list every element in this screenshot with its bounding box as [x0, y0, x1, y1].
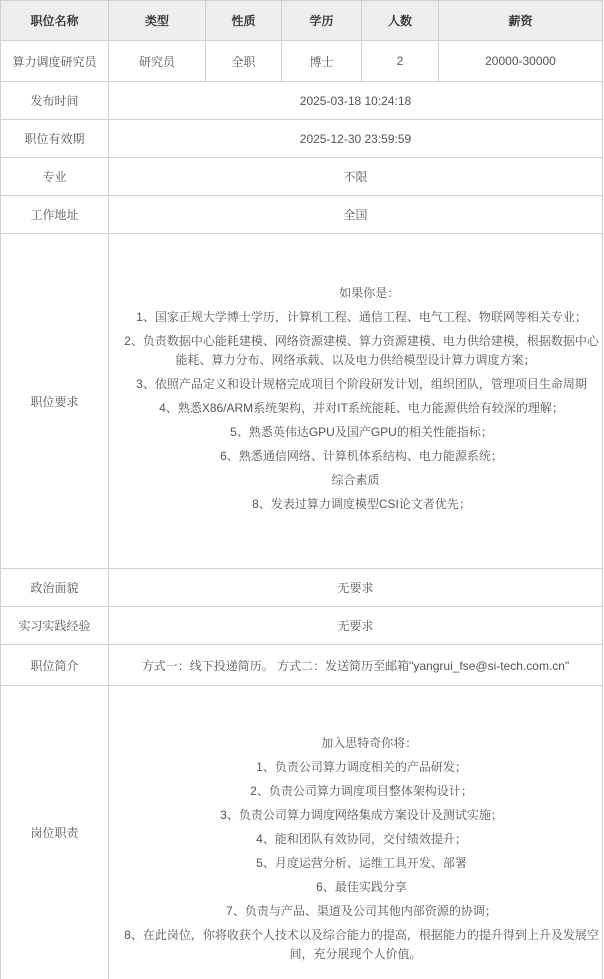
- header-cell-nature: 性质: [206, 1, 282, 41]
- requirements-item: 4、熟悉X86/ARM系统架构，并对IT系统能耗、电力能源供给有较深的理解；: [109, 399, 602, 418]
- major-label: 专业: [1, 158, 109, 196]
- valid-until-label: 职位有效期: [1, 120, 109, 158]
- job-intro-label: 职位简介: [1, 645, 109, 686]
- requirements-item: 5、熟悉英伟达GPU及国产GPU的相关性能指标；: [109, 423, 602, 442]
- job-intro-value: 方式一：线下投递简历。 方式二：发送简历至邮箱"yangrui_fse@si-t…: [109, 645, 603, 686]
- duties-item: 7、负责与产品、渠道及公司其他内部资源的协调；: [109, 902, 602, 921]
- requirements-item: 1、国家正规大学博士学历，计算机工程、通信工程、电气工程、物联网等相关专业；: [109, 308, 602, 327]
- header-cell-position-name: 职位名称: [1, 1, 109, 41]
- work-location-label: 工作地址: [1, 196, 109, 234]
- job-nature-cell: 全职: [206, 41, 282, 82]
- job-salary-cell: 20000-30000: [439, 41, 603, 82]
- job-type-cell: 研究员: [109, 41, 206, 82]
- major-value: 不限: [109, 158, 603, 196]
- internship-experience-row: 实习实践经验 无要求: [1, 607, 603, 645]
- requirements-content: 如果你是： 1、国家正规大学博士学历，计算机工程、通信工程、电气工程、物联网等相…: [109, 234, 603, 569]
- job-headcount-cell: 2: [362, 41, 439, 82]
- duties-label: 岗位职责: [1, 686, 109, 979]
- requirements-label: 职位要求: [1, 234, 109, 569]
- job-education-cell: 博士: [282, 41, 362, 82]
- header-cell-salary: 薪资: [439, 1, 603, 41]
- publish-time-value: 2025-03-18 10:24:18: [109, 82, 603, 120]
- requirements-row: 职位要求 如果你是： 1、国家正规大学博士学历，计算机工程、通信工程、电气工程、…: [1, 234, 603, 569]
- duties-item: 4、能和团队有效协同，交付绩效提升；: [109, 830, 602, 849]
- header-cell-headcount: 人数: [362, 1, 439, 41]
- requirements-item: 综合素质: [109, 471, 602, 490]
- requirements-item: 8、发表过算力调度模型CSI论文者优先；: [109, 495, 602, 514]
- header-cell-education: 学历: [282, 1, 362, 41]
- duties-item: 5、月度运营分析、运维工具开发、部署: [109, 854, 602, 873]
- political-status-row: 政治面貌 无要求: [1, 569, 603, 607]
- job-name-cell: 算力调度研究员: [1, 41, 109, 82]
- work-location-value: 全国: [109, 196, 603, 234]
- requirements-item: 2、负责数据中心能耗建模、网络资源建模、算力资源建模、电力供给建模，根据数据中心…: [109, 332, 602, 370]
- valid-until-row: 职位有效期 2025-12-30 23:59:59: [1, 120, 603, 158]
- duties-intro: 加入思特奇你将：: [109, 734, 602, 753]
- header-cell-type: 类型: [109, 1, 206, 41]
- duties-row: 岗位职责 加入思特奇你将： 1、负责公司算力调度相关的产品研发； 2、负责公司算…: [1, 686, 603, 979]
- job-intro-row: 职位简介 方式一：线下投递简历。 方式二：发送简历至邮箱"yangrui_fse…: [1, 645, 603, 686]
- publish-time-row: 发布时间 2025-03-18 10:24:18: [1, 82, 603, 120]
- job-summary-row: 算力调度研究员 研究员 全职 博士 2 20000-30000: [1, 41, 603, 82]
- political-status-label: 政治面貌: [1, 569, 109, 607]
- work-location-row: 工作地址 全国: [1, 196, 603, 234]
- internship-experience-value: 无要求: [109, 607, 603, 645]
- job-detail-table: 职位名称 类型 性质 学历 人数 薪资 算力调度研究员 研究员 全职 博士 2 …: [0, 0, 603, 979]
- duties-item: 2、负责公司算力调度项目整体架构设计；: [109, 782, 602, 801]
- requirements-item: 3、依照产品定义和设计规格完成项目个阶段研发计划，组织团队，管理项目生命周期: [109, 375, 602, 394]
- publish-time-label: 发布时间: [1, 82, 109, 120]
- requirements-item: 6、熟悉通信网络、计算机体系结构、电力能源系统；: [109, 447, 602, 466]
- major-row: 专业 不限: [1, 158, 603, 196]
- valid-until-value: 2025-12-30 23:59:59: [109, 120, 603, 158]
- duties-item: 1、负责公司算力调度相关的产品研发；: [109, 758, 602, 777]
- duties-item: 3、负责公司算力调度网络集成方案设计及测试实施；: [109, 806, 602, 825]
- political-status-value: 无要求: [109, 569, 603, 607]
- internship-experience-label: 实习实践经验: [1, 607, 109, 645]
- duties-item: 6、最佳实践分享: [109, 878, 602, 897]
- duties-item: 8、在此岗位，你将收获个人技术以及综合能力的提高，根据能力的提升得到上升及发展空…: [109, 926, 602, 964]
- requirements-intro: 如果你是：: [109, 284, 602, 303]
- duties-content: 加入思特奇你将： 1、负责公司算力调度相关的产品研发； 2、负责公司算力调度项目…: [109, 686, 603, 979]
- table-header-row: 职位名称 类型 性质 学历 人数 薪资: [1, 1, 603, 41]
